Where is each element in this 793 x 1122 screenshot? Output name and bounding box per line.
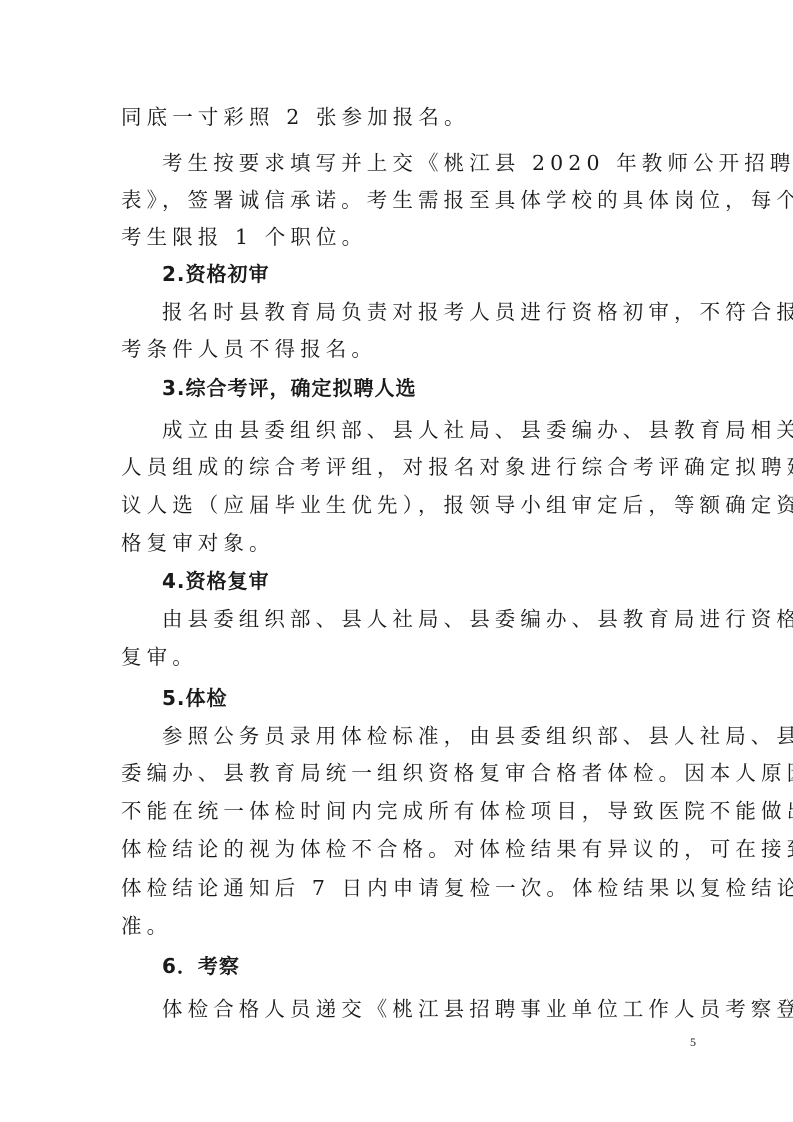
paragraph-line: 参照公务员录用体检标准，由县委组织部、县人社局、县 <box>162 721 702 751</box>
paragraph-line: 准。 <box>121 911 701 941</box>
paragraph-line: 同底一寸彩照 2 张参加报名。 <box>121 102 701 132</box>
paragraph-line: 考生限报 1 个职位。 <box>121 222 701 252</box>
paragraph-line: 体检合格人员递交《桃江县招聘事业单位工作人员考察登 <box>162 994 702 1024</box>
paragraph-line: 体检结论的视为体检不合格。对体检结果有异议的，可在接到 <box>121 834 701 864</box>
section-heading: 5.体检 <box>162 683 742 713</box>
section-heading: 4.资格复审 <box>162 566 742 596</box>
paragraph-line: 复审。 <box>121 642 701 672</box>
section-heading: 2.资格初审 <box>162 259 742 289</box>
paragraph-line: 不能在统一体检时间内完成所有体检项目，导致医院不能做出 <box>121 796 701 826</box>
section-heading: 3.综合考评，确定拟聘人选 <box>162 373 742 403</box>
paragraph-line: 考条件人员不得报名。 <box>121 334 701 364</box>
paragraph-line: 报名时县教育局负责对报考人员进行资格初审，不符合报 <box>162 297 702 327</box>
section-heading: 6．考察 <box>162 951 742 981</box>
paragraph-line: 人员组成的综合考评组，对报名对象进行综合考评确定拟聘建 <box>121 452 701 482</box>
paragraph-line: 由县委组织部、县人社局、县委编办、县教育局进行资格 <box>162 604 702 634</box>
paragraph-line: 格复审对象。 <box>121 528 701 558</box>
paragraph-line: 委编办、县教育局统一组织资格复审合格者体检。因本人原因 <box>121 758 701 788</box>
paragraph-line: 考生按要求填写并上交《桃江县 2020 年教师公开招聘报名 <box>162 148 702 178</box>
document-page: 同底一寸彩照 2 张参加报名。 考生按要求填写并上交《桃江县 2020 年教师公… <box>0 0 793 1122</box>
paragraph-line: 成立由县委组织部、县人社局、县委编办、县教育局相关 <box>162 415 702 445</box>
paragraph-line: 体检结论通知后 7 日内申请复检一次。体检结果以复检结论为 <box>121 873 701 903</box>
paragraph-line: 议人选（应届毕业生优先），报领导小组审定后，等额确定资 <box>121 490 701 520</box>
page-number: 5 <box>690 1035 696 1050</box>
paragraph-line: 表》，签署诚信承诺。考生需报至具体学校的具体岗位，每个 <box>121 185 701 215</box>
